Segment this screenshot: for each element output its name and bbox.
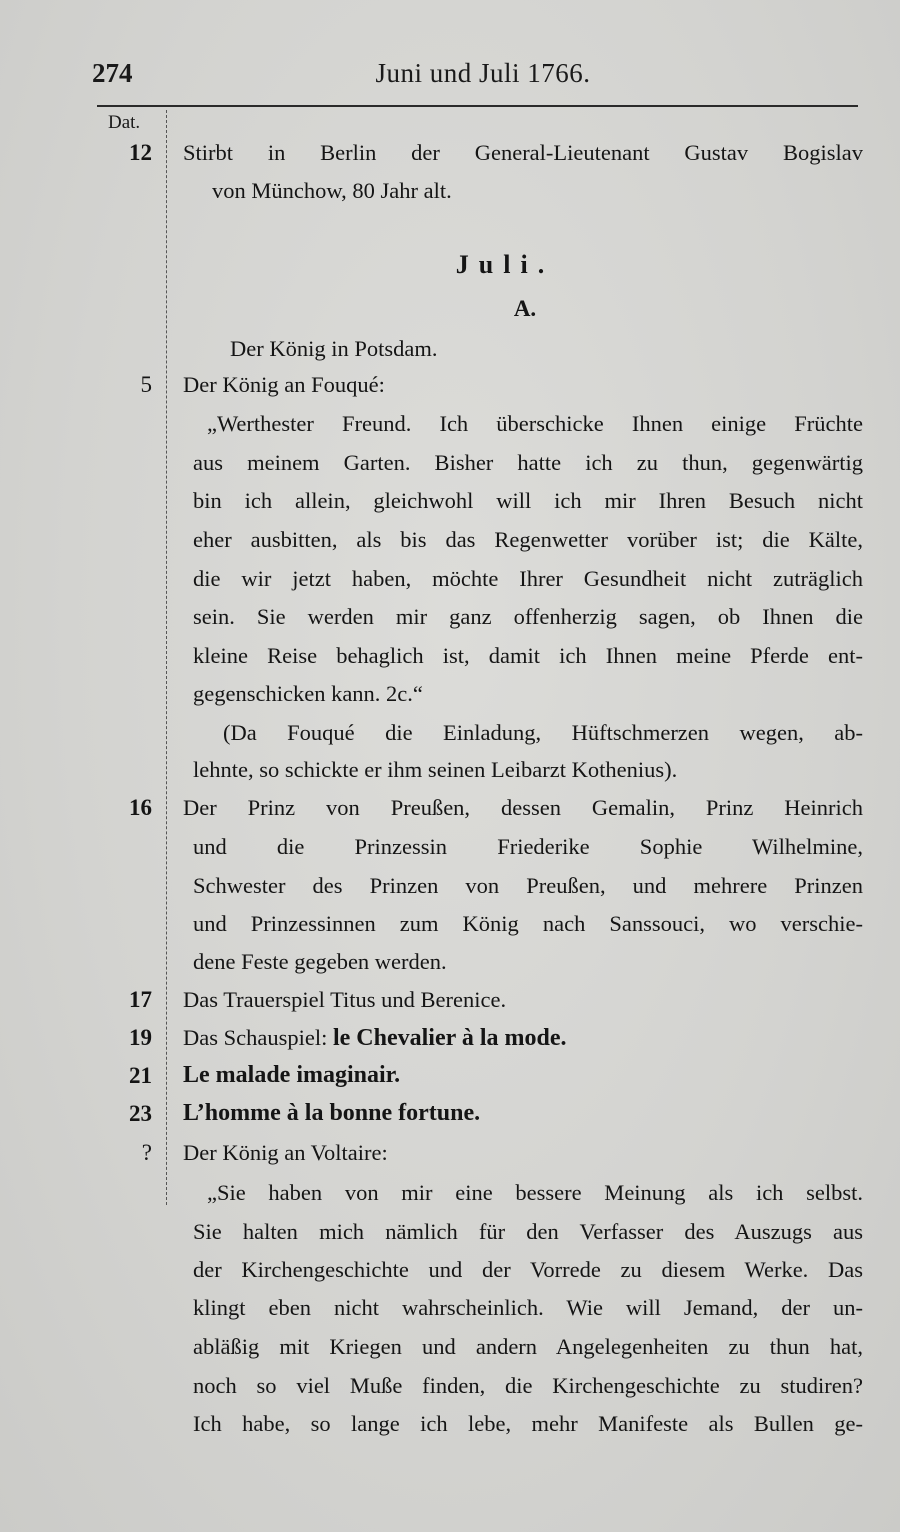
- entry-date: 12: [92, 140, 152, 166]
- letter-heading: Der König an Fouqué:: [183, 372, 385, 398]
- entry-date: 16: [92, 795, 152, 821]
- letter-line: aus meinem Garten. Bisher hatte ich zu t…: [193, 450, 863, 476]
- letter-line: bin ich allein, gleichwohl will ich mir …: [193, 488, 863, 514]
- entry-text-line: dene Feste gegeben werden.: [193, 949, 447, 975]
- play-title: Le malade imaginair.: [183, 1062, 400, 1089]
- play-title: le Chevalier à la mode.: [333, 1025, 567, 1051]
- letter-line: Ich habe, so lange ich lebe, mehr Manife…: [193, 1411, 863, 1437]
- entry-text-line: und Prinzessinnen zum König nach Sanssou…: [193, 911, 863, 937]
- letter-line: abläßig mit Kriegen und andern Angelegen…: [193, 1334, 863, 1360]
- letter-line: die wir jetzt haben, möchte Ihrer Gesund…: [193, 566, 863, 592]
- letter-line: eher ausbitten, als bis das Regenwetter …: [193, 527, 863, 553]
- letter-line: sein. Sie werden mir ganz offenherzig sa…: [193, 604, 863, 630]
- play-title: L’homme à la bonne fortune.: [183, 1100, 480, 1127]
- running-title: Juni und Juli 1766.: [0, 58, 900, 89]
- letter-heading: Der König an Voltaire:: [183, 1140, 388, 1166]
- entry-date: 19: [92, 1025, 152, 1051]
- entry-date: 5: [92, 372, 152, 398]
- editorial-note-line: (Da Fouqué die Einladung, Hüftschmerzen …: [223, 720, 863, 746]
- letter-line: „Sie haben von mir eine bessere Meinung …: [207, 1180, 863, 1206]
- entry-date: 17: [92, 987, 152, 1013]
- subsection-heading: A.: [490, 296, 560, 322]
- letter-line: der Kirchengeschichte und der Vorrede zu…: [193, 1257, 863, 1283]
- header-rule: [97, 105, 858, 107]
- entry-text-line: Stirbt in Berlin der General-Lieutenant …: [183, 140, 863, 166]
- location-heading: Der König in Potsdam.: [230, 336, 438, 362]
- entry-date: 21: [92, 1063, 152, 1089]
- book-page: 274 Juni und Juli 1766. Dat. 12 Stirbt i…: [0, 0, 900, 1532]
- letter-line: gegenschicken kann. 2c.“: [193, 681, 423, 707]
- editorial-note-line: lehnte, so schickte er ihm seinen Leibar…: [193, 757, 677, 783]
- month-heading: Juli.: [420, 250, 590, 280]
- entry-date: ?: [92, 1140, 152, 1166]
- entry-text-line: Das Trauerspiel Titus und Berenice.: [183, 987, 506, 1013]
- entry-text-line: und die Prinzessin Friederike Sophie Wil…: [193, 834, 863, 860]
- entry-text-line: von Münchow, 80 Jahr alt.: [212, 178, 452, 204]
- entry-text-prefix: Das Schauspiel:: [183, 1025, 333, 1050]
- letter-line: „Werthester Freund. Ich überschicke Ihne…: [207, 411, 863, 437]
- letter-line: Sie halten mich nämlich für den Verfasse…: [193, 1219, 863, 1245]
- letter-line: klingt eben nicht wahrscheinlich. Wie wi…: [193, 1295, 863, 1321]
- letter-line: noch so viel Muße finden, die Kirchenges…: [193, 1373, 863, 1399]
- date-column-divider: [166, 110, 167, 1205]
- date-column-label: Dat.: [108, 112, 140, 134]
- letter-line: kleine Reise behaglich ist, damit ich Ih…: [193, 643, 863, 669]
- entry-text-line: Schwester des Prinzen von Preußen, und m…: [193, 873, 863, 899]
- entry-text-line: Der Prinz von Preußen, dessen Gemalin, P…: [183, 795, 863, 821]
- entry-text-line: Das Schauspiel: le Chevalier à la mode.: [183, 1025, 567, 1052]
- entry-date: 23: [92, 1101, 152, 1127]
